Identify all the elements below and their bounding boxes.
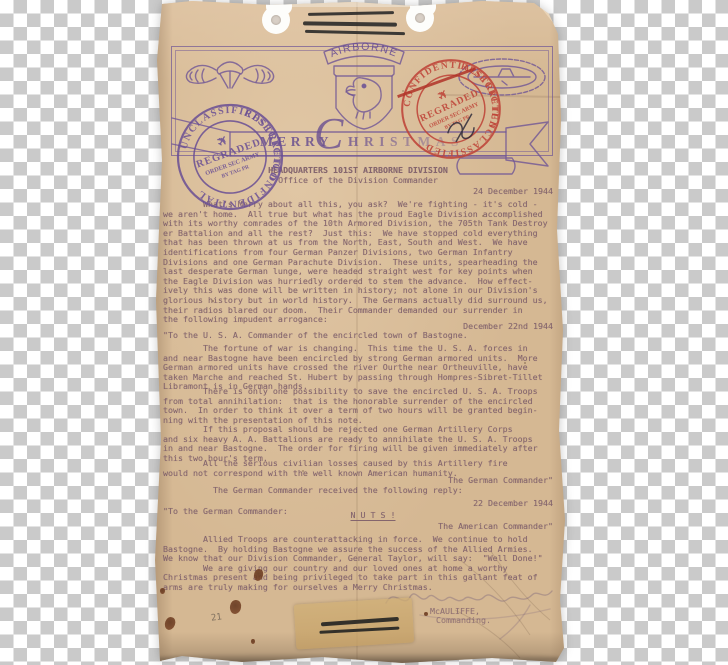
redaction-mark xyxy=(321,617,399,627)
paper-specks xyxy=(152,0,154,2)
punch-hole xyxy=(415,13,425,23)
redaction-mark xyxy=(319,627,399,634)
paragraph-2: The fortune of war is changing. This tim… xyxy=(163,344,553,392)
airplane-icon: ✈ xyxy=(213,132,231,149)
nuts-reply: N U T S ! xyxy=(178,511,568,521)
ink-stain xyxy=(160,588,165,594)
page-background: { "colors": { "paper": "#d5b893", "purpl… xyxy=(0,0,728,665)
punch-hole xyxy=(271,15,281,25)
ink-stain xyxy=(424,612,428,616)
ink-stain xyxy=(251,639,255,644)
paragraph-3: There is only one possibility to save th… xyxy=(163,387,553,425)
salutation-usa-commander: "To the U. S. A. Commander of the encirc… xyxy=(163,331,553,341)
reply-intro: The German Commander received the follow… xyxy=(163,486,553,496)
paper-sheet: AIRBORNE MERRY C HRISTMAS HEADQUARTE xyxy=(152,0,566,665)
document-paper: AIRBORNE MERRY C HRISTMAS HEADQUARTE xyxy=(152,0,566,665)
pencil-note: 21 xyxy=(210,612,222,623)
hole-reinforcement xyxy=(262,6,290,34)
tape-patch xyxy=(294,597,415,649)
hole-reinforcement xyxy=(406,4,434,32)
american-commander-signoff: The American Commander" xyxy=(163,522,575,532)
